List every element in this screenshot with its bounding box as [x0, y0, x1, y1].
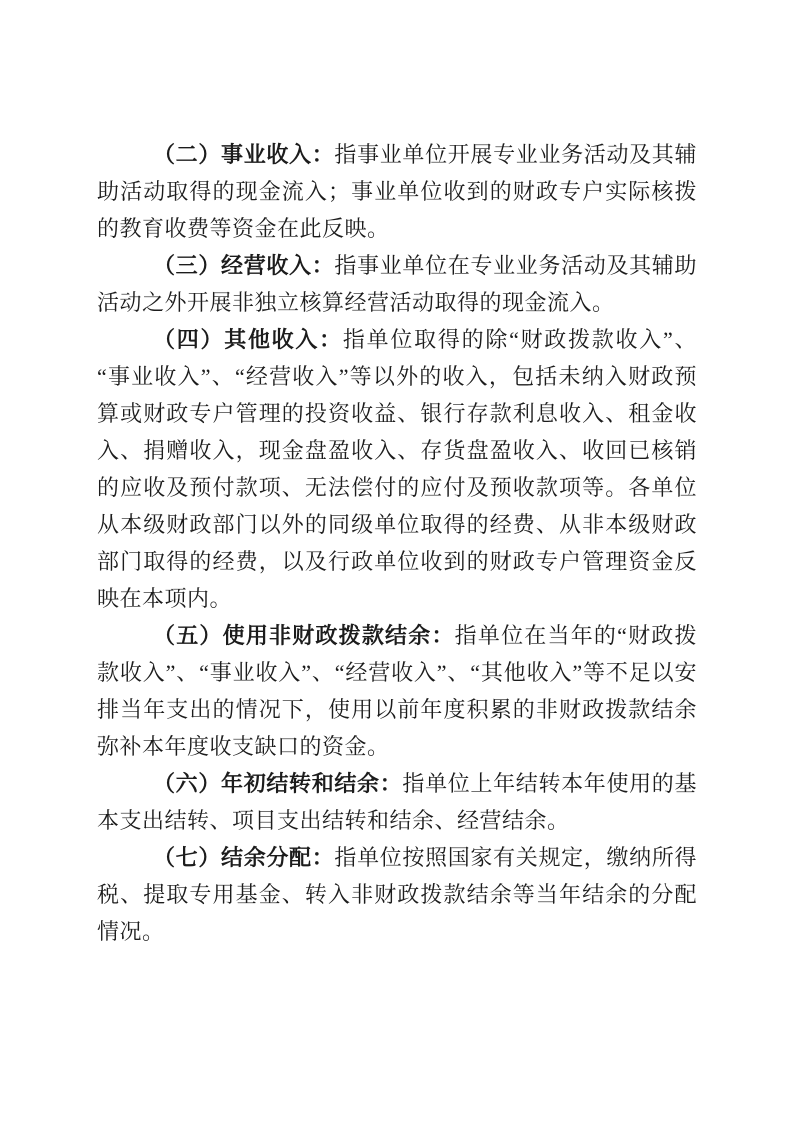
paragraph-head: （二）事业收入：	[153, 142, 334, 167]
paragraph-head: （四）其他收入：	[153, 327, 343, 352]
paragraph-jieyu-fenpei: （七）结余分配：指单位按照国家有关规定，缴纳所得税、提取专用基金、转入非财政拨款…	[97, 839, 697, 950]
paragraph-head: （七）结余分配：	[153, 845, 334, 870]
paragraph-head: （三）经营收入：	[153, 253, 334, 278]
paragraph-head: （六）年初结转和结余：	[153, 771, 402, 796]
paragraph-jingying-shouru: （三）经营收入：指事业单位在专业业务活动及其辅助活动之外开展非独立核算经营活动取…	[97, 247, 697, 321]
paragraph-shiye-shouru: （二）事业收入：指事业单位开展专业业务活动及其辅助活动取得的现金流入；事业单位收…	[97, 136, 697, 247]
paragraph-head: （五）使用非财政拨款结余：	[153, 623, 455, 648]
paragraph-shiyong-fei-caizheng-bokuan-jieyu: （五）使用非财政拨款结余：指单位在当年的“财政拨款收入”、“事业收入”、“经营收…	[97, 617, 697, 765]
paragraph-nianchu-jiezhuan-he-jieyu: （六）年初结转和结余：指单位上年结转本年使用的基本支出结转、项目支出结转和结余、…	[97, 765, 697, 839]
paragraph-qita-shouru: （四）其他收入：指单位取得的除“财政拨款收入”、“事业收入”、“经营收入”等以外…	[97, 321, 697, 617]
paragraph-body: 指单位取得的除“财政拨款收入”、“事业收入”、“经营收入”等以外的收入，包括未纳…	[97, 327, 697, 611]
document-page: （二）事业收入：指事业单位开展专业业务活动及其辅助活动取得的现金流入；事业单位收…	[0, 0, 794, 1123]
